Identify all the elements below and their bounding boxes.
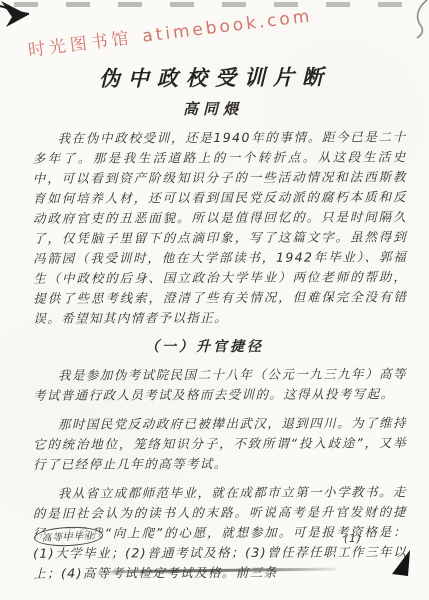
scanned-page: 时光图书馆atimebook.com 伪中政校受训片断 高同煨 我在伪中政校受训… [0,0,429,600]
document-author: 高同煨 [33,98,393,119]
watermark: 时光图书馆atimebook.com [26,1,313,61]
ink-corner-mark-bottom-right [390,550,414,578]
section-heading: （一）升官捷径 [33,336,407,356]
paragraph-intro: 我在伪中政校受训，还是1940年的事情。距今已是二十多年了。那是我生活道路上的一… [33,127,408,329]
watermark-site-name: 时光图书馆 [27,28,134,61]
ink-corner-mark-top-left [0,0,34,34]
page-number: (1) [344,533,362,545]
paragraph-exam: 我是参加伪考试院民国二十八年（公元一九三九年）高等考试普通行政人员考试及格而去受… [33,364,407,406]
paragraph-background: 那时国民党反动政府已被撵出武汉，退到四川。为了维持它的统治地位，笼络知识分子，不… [33,413,407,475]
scan-perforation-dashes [14,2,429,7]
scan-squiggle-top-right [407,0,429,40]
document-title: 伪中政校受训片断 [33,61,397,94]
watermark-site-url: atimebook.com [141,6,313,47]
